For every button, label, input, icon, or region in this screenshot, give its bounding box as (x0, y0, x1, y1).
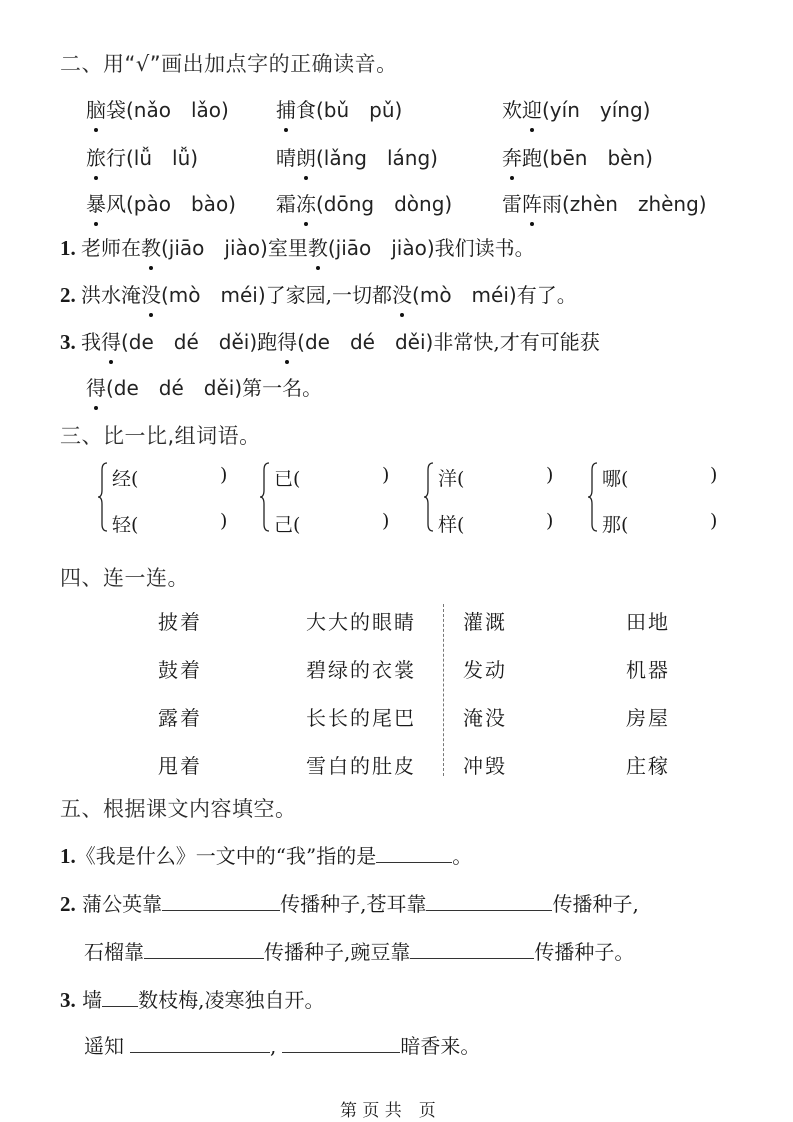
answer-blank[interactable] (162, 910, 280, 911)
pinyin-options[interactable]: (lǚ lǚ) (126, 146, 198, 170)
pinyin-options[interactable]: (yín yíng) (542, 98, 650, 122)
character: 食 (296, 94, 316, 123)
pinyin-options[interactable]: (de dé děi) (121, 330, 257, 354)
left-brace-icon (424, 462, 434, 532)
answer-blank[interactable] (376, 862, 452, 863)
question-text: 蒲公英靠 (82, 892, 162, 916)
answer-blank[interactable] (282, 1052, 400, 1053)
sentence-text: 非常快,才有可能获 (433, 330, 599, 354)
answer-blank[interactable] (426, 910, 552, 911)
match-right-object[interactable]: 房屋 (626, 702, 670, 731)
pinyin-options[interactable]: (lǎng láng) (316, 146, 438, 170)
dotted-character: 教 (308, 232, 328, 261)
pinyin-options[interactable]: (de dé děi) (106, 376, 242, 400)
section-3-heading: 三、比一比,组词语。 (60, 420, 261, 450)
answer-blank[interactable] (102, 1006, 138, 1007)
word-pair: 哪(那()) (588, 460, 728, 540)
match-left-phrase[interactable]: 大大的眼睛 (306, 606, 416, 635)
question-text: 传播种子。 (534, 940, 634, 964)
pinyin-sentence: 得(de dé děi)第一名。 (86, 372, 322, 401)
dashed-divider (443, 604, 444, 776)
sentence-text: 我 (81, 330, 101, 354)
question-number: 2. (60, 283, 81, 307)
word-pair: 洋(样()) (424, 460, 564, 540)
pinyin-options[interactable]: (pào bào) (126, 192, 236, 216)
answer-blank[interactable] (144, 958, 264, 959)
pair-top-character: 已( (274, 464, 300, 491)
pair-top-character: 经( (112, 464, 138, 491)
close-paren: ) (710, 464, 717, 486)
match-left-verb[interactable]: 鼓着 (158, 654, 202, 683)
dotted-character: 脑 (86, 94, 106, 123)
pinyin-options[interactable]: (dōng dòng) (316, 192, 452, 216)
sentence-text-with-pinyin[interactable]: (mò méi)有了。 (412, 283, 577, 307)
page-footer: 第 页 共 页 (340, 1096, 436, 1121)
question-number: 2. (60, 892, 76, 916)
pinyin-choice-item[interactable]: 奔跑(bēn bèn) (502, 142, 653, 171)
character: 风 (106, 188, 126, 217)
question-text: 石榴靠 (84, 940, 144, 964)
answer-blank[interactable] (628, 510, 710, 534)
pinyin-sentence: 3. 我得(de dé děi)跑得(de dé děi)非常快,才有可能获 (60, 326, 600, 355)
question-text: 数枝梅,凌寒独自开。 (138, 988, 324, 1012)
fill-question-3-line-2: 遥知,暗香来。 (84, 1030, 480, 1059)
match-left-phrase[interactable]: 碧绿的衣裳 (306, 654, 416, 683)
pinyin-choice-item[interactable]: 脑袋(nǎo lǎo) (86, 94, 229, 123)
sentence-text: 跑 (257, 330, 277, 354)
answer-blank[interactable] (138, 464, 220, 488)
match-left-phrase[interactable]: 雪白的肚皮 (306, 750, 416, 779)
pinyin-options[interactable]: (nǎo lǎo) (126, 98, 229, 122)
dotted-character: 朗 (296, 142, 316, 171)
pinyin-choice-item[interactable]: 欢迎(yín yíng) (502, 94, 650, 123)
sentence-text: 了家园,一切都 (266, 283, 392, 307)
section-2-heading: 二、用“√”画出加点字的正确读音。 (60, 48, 398, 78)
dotted-character: 得 (101, 326, 121, 355)
left-brace-icon (98, 462, 108, 532)
question-number: 1. (60, 236, 81, 260)
sentence-text-with-pinyin[interactable]: (de dé děi)非常快,才有可能获 (297, 330, 600, 354)
match-right-verb[interactable]: 淹没 (463, 702, 507, 731)
close-paren: ) (546, 464, 553, 486)
fill-question-2-line-2: 石榴靠传播种子,豌豆靠传播种子。 (84, 936, 634, 965)
sentence-text: 我们读书。 (435, 236, 535, 260)
fill-question-1: 1.《我是什么》一文中的“我”指的是。 (60, 840, 472, 869)
match-right-verb[interactable]: 冲毁 (463, 750, 507, 779)
question-text: 暗香来。 (400, 1034, 480, 1058)
dotted-character: 旅 (86, 142, 106, 171)
sentence-text-with-pinyin[interactable]: (jiāo jiào)室里 (161, 236, 308, 260)
pinyin-options[interactable]: (bǔ pǔ) (316, 98, 402, 122)
close-paren: ) (220, 464, 227, 486)
dotted-character: 捕 (276, 94, 296, 123)
pinyin-sentence: 1. 老师在教(jiāo jiào)室里教(jiāo jiào)我们读书。 (60, 232, 535, 261)
pinyin-options[interactable]: (jiāo jiào) (161, 236, 268, 260)
character: 霜 (276, 188, 296, 217)
pinyin-options[interactable]: (bēn bèn) (542, 146, 653, 170)
sentence-text-with-pinyin[interactable]: (de dé děi)第一名。 (106, 376, 322, 400)
sentence-text: 洪水淹 (81, 283, 141, 307)
question-text: 遥知 (84, 1034, 124, 1058)
dotted-character: 没 (392, 279, 412, 308)
answer-blank[interactable] (464, 510, 546, 534)
match-left-verb[interactable]: 甩着 (158, 750, 202, 779)
pinyin-options[interactable]: (jiāo jiào) (328, 236, 435, 260)
close-paren: ) (710, 510, 717, 532)
fill-question-2-line-1: 2. 蒲公英靠传播种子,苍耳靠传播种子, (60, 888, 639, 917)
dotted-character: 得 (86, 372, 106, 401)
pinyin-choice-item[interactable]: 暴风(pào bào) (86, 188, 236, 217)
match-left-verb[interactable]: 露着 (158, 702, 202, 731)
pinyin-options[interactable]: (mò méi) (161, 283, 266, 307)
sentence-text-with-pinyin[interactable]: (de dé děi)跑 (121, 330, 277, 354)
pinyin-options[interactable]: (mò méi) (412, 283, 517, 307)
pair-bottom-character: 那( (602, 510, 628, 537)
dotted-character: 没 (141, 279, 161, 308)
pair-bottom-character: 己( (274, 510, 300, 537)
question-text: 《我是什么》一文中的“我”指的是 (76, 844, 376, 868)
close-paren: ) (546, 510, 553, 532)
answer-blank[interactable] (300, 464, 382, 488)
match-right-verb[interactable]: 灌溉 (463, 606, 507, 635)
question-number: 3. (60, 988, 76, 1012)
section-5-heading: 五、根据课文内容填空。 (60, 793, 297, 823)
match-left-phrase[interactable]: 长长的尾巴 (306, 702, 416, 731)
pinyin-options[interactable]: (de dé děi) (297, 330, 433, 354)
match-right-verb[interactable]: 发动 (463, 654, 507, 683)
pinyin-choice-item[interactable]: 晴朗(lǎng láng) (276, 142, 438, 171)
pinyin-sentence: 2. 洪水淹没(mò méi)了家园,一切都没(mò méi)有了。 (60, 279, 577, 308)
pinyin-options[interactable]: (zhèn zhèng) (562, 192, 707, 216)
match-right-object[interactable]: 机器 (626, 654, 670, 683)
question-text: 传播种子, (552, 892, 638, 916)
match-right-object[interactable]: 庄稼 (626, 750, 670, 779)
question-number: 1. (60, 844, 76, 868)
match-right-object[interactable]: 田地 (626, 606, 670, 635)
sentence-text: 室里 (268, 236, 308, 260)
pinyin-choice-item[interactable]: 旅行(lǚ lǚ) (86, 142, 198, 171)
word-pair: 已(己()) (260, 460, 400, 540)
pinyin-choice-item[interactable]: 捕食(bǔ pǔ) (276, 94, 402, 123)
punctuation: 。 (452, 844, 472, 868)
fill-question-3-line-1: 3. 墙数枝梅,凌寒独自开。 (60, 984, 324, 1013)
sentence-text-with-pinyin[interactable]: (jiāo jiào)我们读书。 (328, 236, 535, 260)
character: 欢 (502, 94, 522, 123)
close-paren: ) (382, 510, 389, 532)
answer-blank[interactable] (410, 958, 534, 959)
sentence-text: 第一名。 (242, 376, 322, 400)
pinyin-choice-item[interactable]: 霜冻(dōng dòng) (276, 188, 452, 217)
sentence-text: 老师在 (81, 236, 141, 260)
close-paren: ) (220, 510, 227, 532)
character: 跑 (522, 142, 542, 171)
question-text: 传播种子,豌豆靠 (264, 940, 410, 964)
character: 行 (106, 142, 126, 171)
character: 雨 (542, 188, 562, 217)
left-brace-icon (260, 462, 270, 532)
word-pair: 经(轻()) (98, 460, 238, 540)
sentence-text-with-pinyin[interactable]: (mò méi)了家园,一切都 (161, 283, 392, 307)
answer-blank[interactable] (138, 510, 220, 534)
pair-top-character: 洋( (438, 464, 464, 491)
pair-top-character: 哪( (602, 464, 628, 491)
answer-blank[interactable] (628, 464, 710, 488)
section-4-heading: 四、连一连。 (60, 562, 189, 592)
pair-bottom-character: 轻( (112, 510, 138, 537)
match-left-verb[interactable]: 披着 (158, 606, 202, 635)
answer-blank[interactable] (300, 510, 382, 534)
dotted-character: 冻 (296, 188, 316, 217)
dotted-character: 阵 (522, 188, 542, 217)
close-paren: ) (382, 464, 389, 486)
dotted-character: 教 (141, 232, 161, 261)
character: 袋 (106, 94, 126, 123)
dotted-character: 迎 (522, 94, 542, 123)
answer-blank[interactable] (130, 1052, 270, 1053)
left-brace-icon (588, 462, 598, 532)
sentence-text: 有了。 (517, 283, 577, 307)
dotted-character: 暴 (86, 188, 106, 217)
question-text: 墙 (82, 988, 102, 1012)
answer-blank[interactable] (464, 464, 546, 488)
punctuation: , (270, 1034, 276, 1058)
character: 晴 (276, 142, 296, 171)
pair-bottom-character: 样( (438, 510, 464, 537)
dotted-character: 得 (277, 326, 297, 355)
character: 雷 (502, 188, 522, 217)
pinyin-choice-item[interactable]: 雷阵雨(zhèn zhèng) (502, 188, 707, 217)
question-number: 3. (60, 330, 81, 354)
question-text: 传播种子,苍耳靠 (280, 892, 426, 916)
dotted-character: 奔 (502, 142, 522, 171)
